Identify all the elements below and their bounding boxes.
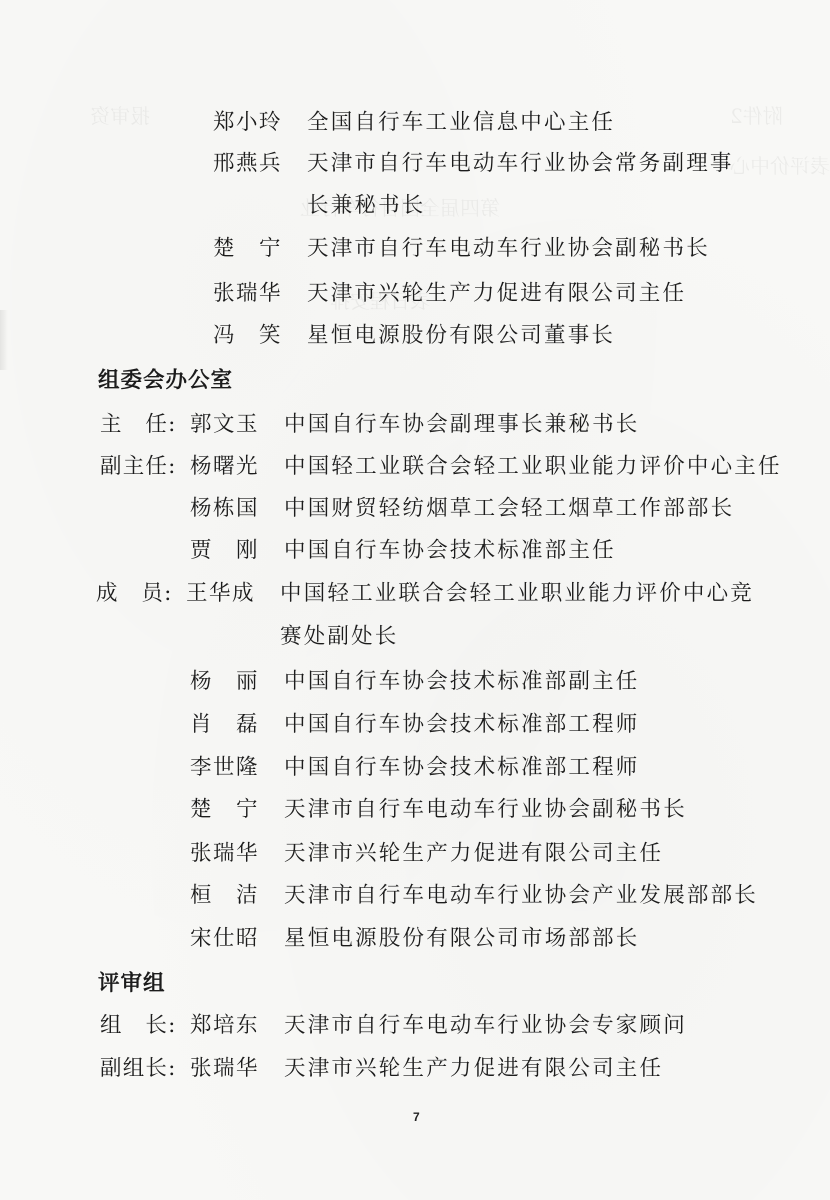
role-label: 副组长: xyxy=(100,1054,177,1084)
member-title: 天津市自行车电动车行业协会副秘书长 xyxy=(307,234,710,264)
scan-edge-shadow xyxy=(0,310,8,370)
member-name: 冯 笑 xyxy=(213,321,282,351)
member-title: 中国自行车协会技术标准部工程师 xyxy=(284,710,640,740)
member-name: 楚 宁 xyxy=(213,234,282,264)
member-title: 中国自行车协会技术标准部工程师 xyxy=(284,753,640,783)
member-title: 全国自行车工业信息中心主任 xyxy=(307,108,615,138)
member-name: 王华成 xyxy=(186,579,255,609)
office-section-heading: 组委会办公室 xyxy=(98,366,233,396)
jury-section-heading: 评审组 xyxy=(98,969,166,999)
member-name: 杨栋国 xyxy=(190,494,259,524)
member-name: 贾 刚 xyxy=(190,536,259,566)
member-name: 邢燕兵 xyxy=(213,149,282,179)
member-title: 中国财贸轻纺烟草工会轻工烟草工作部部长 xyxy=(284,494,734,524)
role-label: 副主任: xyxy=(100,452,177,482)
member-name: 肖 磊 xyxy=(190,710,259,740)
member-name: 桓 洁 xyxy=(190,881,259,911)
member-title-continued: 赛处副处长 xyxy=(280,622,399,652)
member-name: 李世隆 xyxy=(190,753,259,783)
member-title-continued: 长兼秘书长 xyxy=(307,191,426,221)
member-name: 楚 宁 xyxy=(190,795,259,825)
member-title: 天津市兴轮生产力促进有限公司主任 xyxy=(307,279,686,309)
member-name: 郑小玲 xyxy=(213,108,282,138)
member-title: 天津市自行车电动车行业协会常务副理事 xyxy=(307,149,734,179)
member-title: 天津市兴轮生产力促进有限公司主任 xyxy=(284,1054,663,1084)
member-title: 中国轻工业联合会轻工业职业能力评价中心主任 xyxy=(284,452,782,482)
page-number: 7 xyxy=(413,1110,420,1124)
member-name: 张瑞华 xyxy=(213,279,282,309)
role-label: 成 员: xyxy=(96,579,173,609)
member-title: 中国轻工业联合会轻工业职业能力评价中心竞 xyxy=(280,579,754,609)
member-title: 星恒电源股份有限公司董事长 xyxy=(307,321,615,351)
member-title: 中国自行车协会技术标准部副主任 xyxy=(284,667,640,697)
member-title: 天津市自行车电动车行业协会专家顾问 xyxy=(284,1011,687,1041)
member-name: 宋仕昭 xyxy=(190,924,259,954)
member-name: 郭文玉 xyxy=(190,410,259,440)
document-page: 附件2 报审资 表评价中心 第四届全国自行车行业 表日程安排 郑小玲 全国自行车… xyxy=(0,0,830,1200)
member-title: 天津市兴轮生产力促进有限公司主任 xyxy=(284,839,663,869)
member-title: 星恒电源股份有限公司市场部部长 xyxy=(284,924,640,954)
member-title: 中国自行车协会副理事长兼秘书长 xyxy=(284,410,640,440)
member-title: 天津市自行车电动车行业协会副秘书长 xyxy=(284,795,687,825)
member-name: 杨 丽 xyxy=(190,667,259,697)
member-title: 中国自行车协会技术标准部主任 xyxy=(284,536,616,566)
role-label: 组 长: xyxy=(100,1011,177,1041)
member-name: 郑培东 xyxy=(190,1011,259,1041)
member-name: 张瑞华 xyxy=(190,1054,259,1084)
member-title: 天津市自行车电动车行业协会产业发展部部长 xyxy=(284,881,758,911)
role-label: 主 任: xyxy=(100,410,177,440)
member-name: 杨曙光 xyxy=(190,452,259,482)
member-name: 张瑞华 xyxy=(190,839,259,869)
